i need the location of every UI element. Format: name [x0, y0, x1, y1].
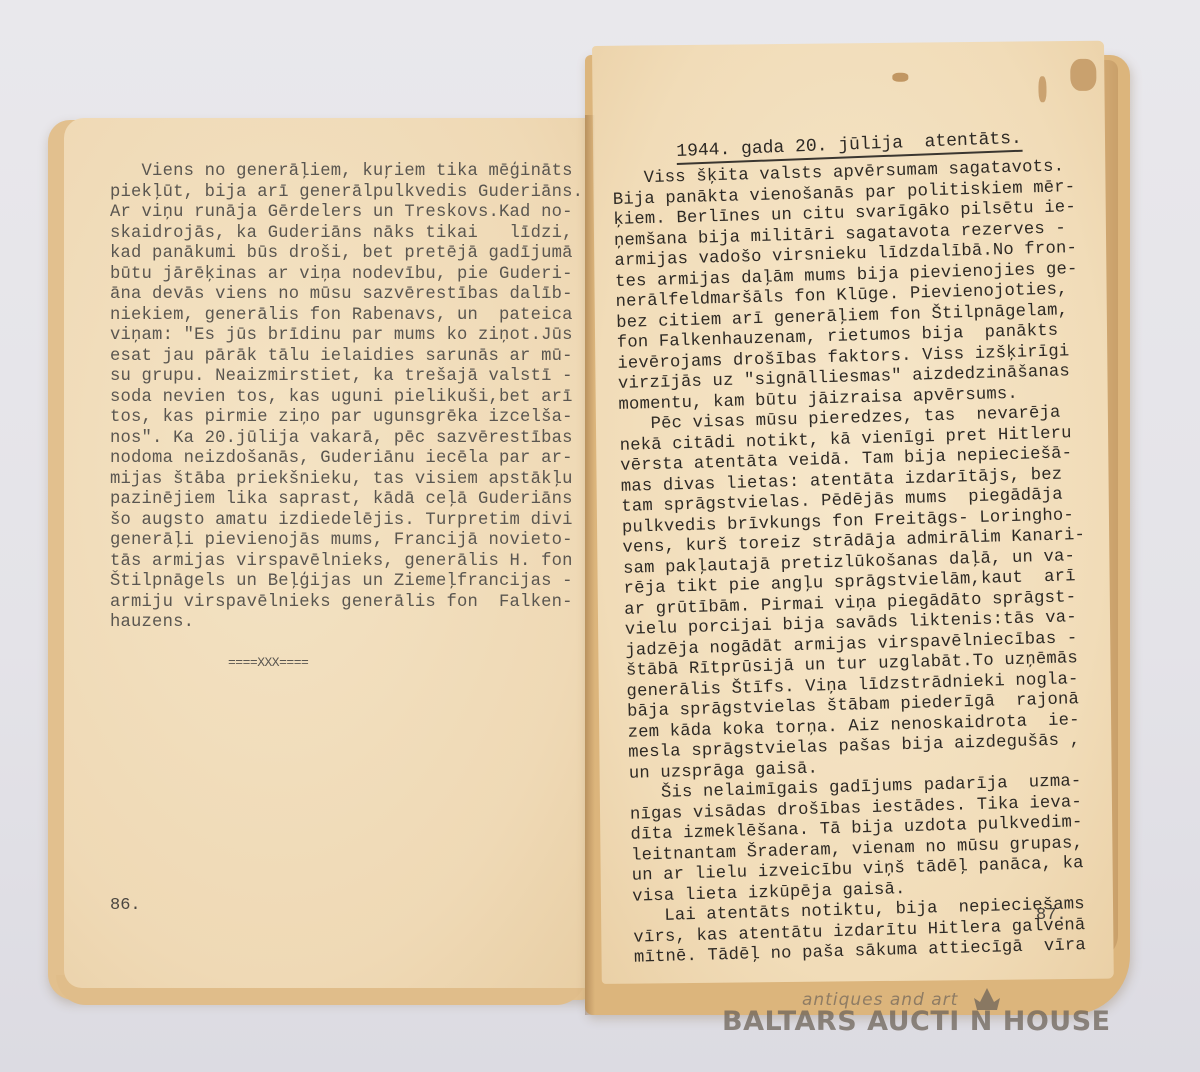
left-page-text: Viens no generāļiem, kuŗiem tika mēģināt…	[110, 162, 583, 634]
text-line: nodoma neizdošanās, Guderiānu iecēla par…	[110, 449, 583, 470]
text-line: armiju virspavēlnieks generālis fon Falk…	[110, 593, 583, 614]
text-line: niekiem, generālis fon Rabenavs, un pate…	[110, 306, 583, 327]
text-line: nos". Ka 20.jūlija vakarā, pēc sazvērest…	[110, 429, 583, 450]
text-line: piekļūt, bija arī generālpulkvedis Guder…	[110, 183, 583, 204]
text-line: Štilpnāgels un Beļģijas un Ziemeļfrancij…	[110, 572, 583, 593]
stain	[1070, 59, 1096, 91]
text-line: kad panākumi būs droši, bet pretējā gadī…	[110, 244, 583, 265]
text-line: su grupu. Neaizmirstiet, ka trešajā vals…	[110, 367, 583, 388]
text-line: pazinējiem lika saprast, kādā ceļā Guder…	[110, 490, 583, 511]
text-line: Ar viņu runāja Gērdelers un Treskovs.Kad…	[110, 203, 583, 224]
stain	[892, 73, 908, 82]
text-line: tās armijas virspavēlnieks, generālis H.…	[110, 552, 583, 573]
page-number-right: 87.	[1036, 906, 1067, 925]
text-line: skaidrojās, ka Guderiāns nāks tikai līdz…	[110, 224, 583, 245]
text-line: būtu jārēķinas ar viņa nodevību, pie Gud…	[110, 265, 583, 286]
text-line: Viens no generāļiem, kuŗiem tika mēģināt…	[110, 162, 583, 183]
open-book: Viens no generāļiem, kuŗiem tika mēģināt…	[0, 0, 1200, 1072]
text-line: mijas štāba priekšnieku, tas visiem apst…	[110, 470, 583, 491]
page-number-left: 86.	[110, 896, 141, 915]
text-line: tos, kas pirmie ziņo par ugunsgrēka izce…	[110, 408, 583, 429]
section-separator: ====XXX====	[228, 655, 308, 670]
text-line: esat jau pārāk tālu ielaidies sarunās ar…	[110, 347, 583, 368]
watermark-name: BALTARS AUCTI N HOUSE	[722, 1006, 1111, 1037]
book-gutter	[585, 115, 595, 1015]
text-line: viņam: "Es jūs brīdinu par mums ko ziņot…	[110, 326, 583, 347]
text-line: generāļi pievienojās mums, Francijā novi…	[110, 531, 583, 552]
right-page-text: Viss šķita valsts apvērsumam sagatavots.…	[612, 157, 1097, 969]
text-line: šo augsto amatu izdiedelējis. Turpretim …	[110, 511, 583, 532]
stain	[1038, 76, 1046, 102]
text-line: soda nevien tos, kas uguni pielikuši,bet…	[110, 388, 583, 409]
text-line: āna devās viens no mūsu sazvērestības da…	[110, 285, 583, 306]
text-line: hauzens.	[110, 613, 583, 634]
